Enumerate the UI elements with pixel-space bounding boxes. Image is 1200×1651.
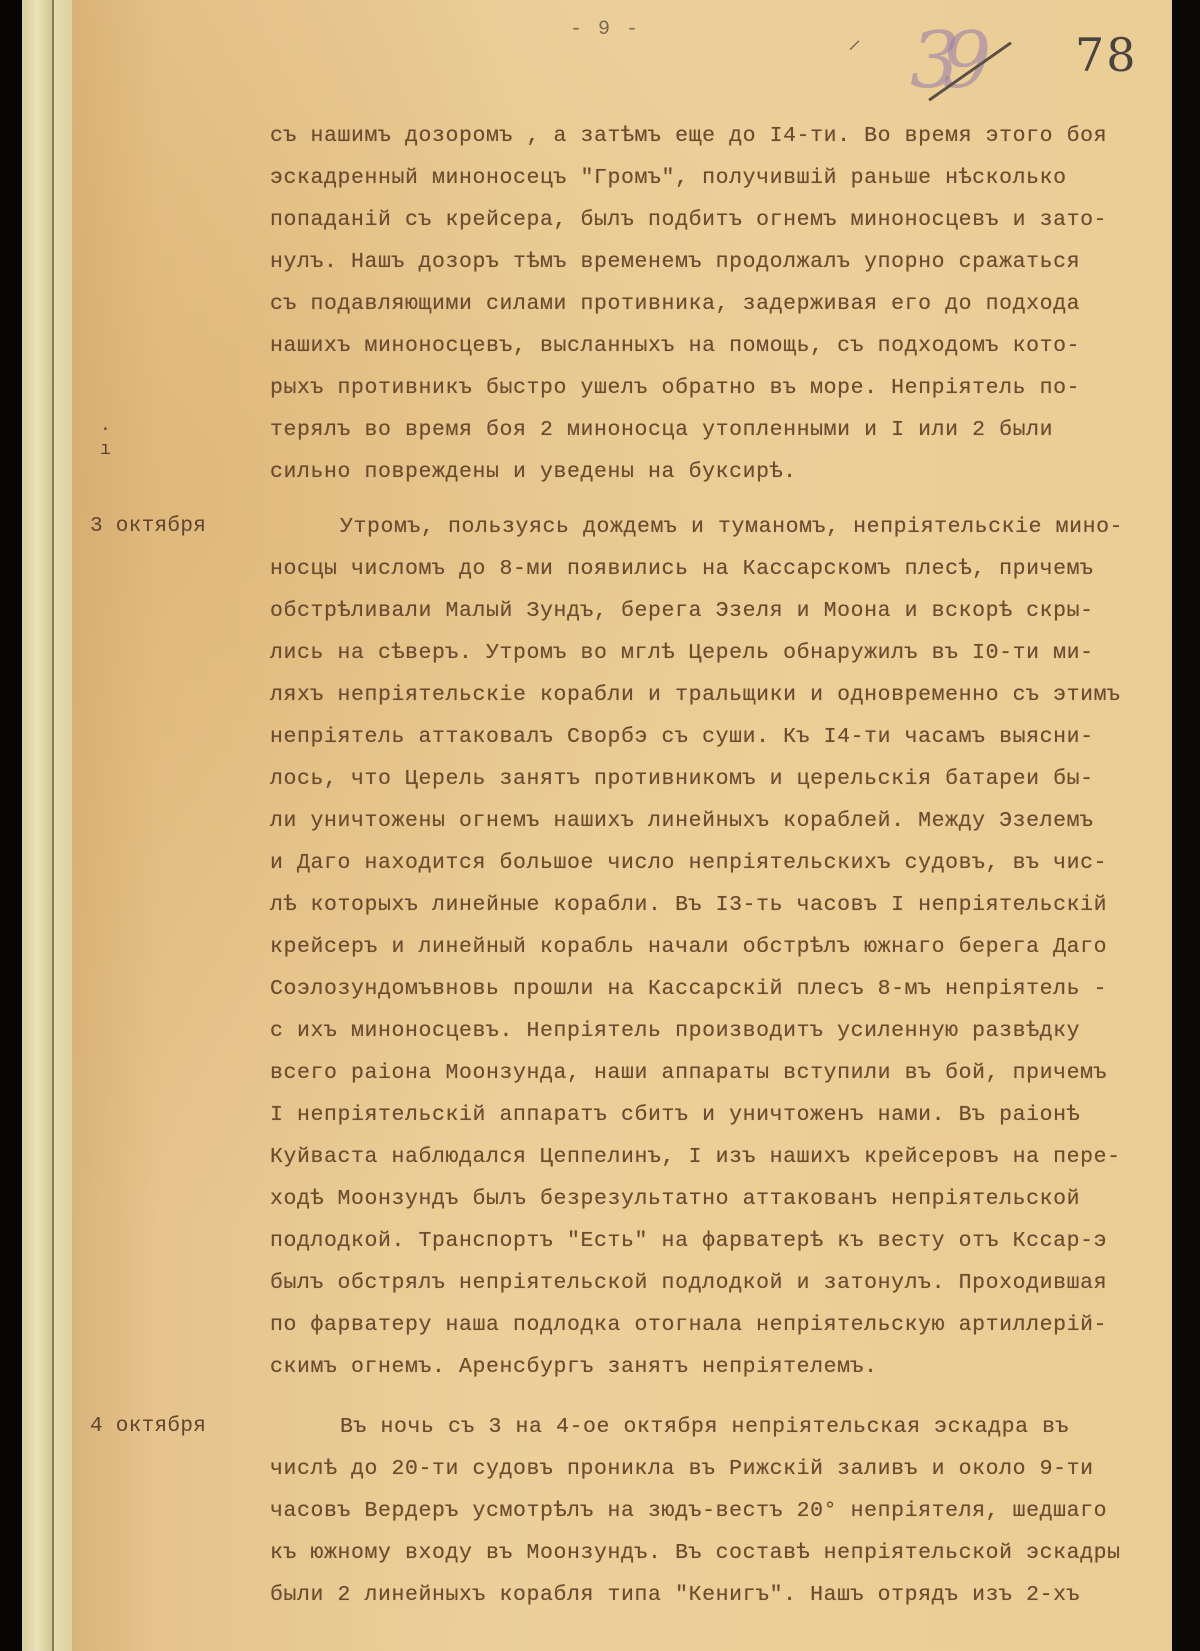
text-line: былъ обстрялъ непрiятельской подлодкой и…	[270, 1271, 1107, 1295]
text-line: по фарватеру наша подлодка отогнала непр…	[270, 1313, 1107, 1337]
text-line: нашихъ миноносцевъ, высланныхъ на помощь…	[270, 334, 1080, 358]
pencil-mark: ⸝	[848, 20, 861, 56]
text-line: подлодкой. Транспортъ "Есть" на фарватер…	[270, 1229, 1107, 1253]
text-line: часовъ Вердеръ усмотрѣлъ на зюдъ-вестъ 2…	[270, 1499, 1107, 1523]
text-line: и Даго находится большое число непрiятел…	[270, 851, 1107, 875]
text-line: съ нашимъ дозоромъ , а затѣмъ еще до I4-…	[270, 124, 1107, 148]
text-line: обстрѣливали Малый Зундъ, берега Эзеля и…	[270, 599, 1094, 623]
text-line: эскадренный миноносецъ "Громъ", получивш…	[270, 166, 1067, 190]
text-line: носцы числомъ до 8-ми появились на Касса…	[270, 557, 1094, 581]
text-line: ходѣ Моонзундъ былъ безрезультатно аттак…	[270, 1187, 1080, 1211]
archive-stamp: 39	[910, 22, 973, 100]
text-line: съ подавляющими силами противника, задер…	[270, 292, 1080, 316]
text-line: ляхъ непрiятельскiе корабли и тральщики …	[270, 683, 1121, 707]
binding-strip-inner	[54, 0, 73, 1651]
text-line: Куйваста наблюдался Цеппелинъ, I изъ наш…	[270, 1145, 1121, 1169]
text-line: были 2 линейныхъ корабля типа "Кенигъ". …	[270, 1583, 1080, 1607]
text-line: Въ ночь съ 3 на 4-ое октября непрiятельс…	[340, 1415, 1069, 1439]
text-line: лись на сѣверъ. Утромъ во мглѣ Церель об…	[270, 641, 1094, 665]
text-line: Утромъ, пользуясь дождемъ и туманомъ, не…	[340, 515, 1123, 539]
text-line: лось, что Церель занятъ противникомъ и ц…	[270, 767, 1094, 791]
text-line: ли уничтожены огнемъ нашихъ линейныхъ ко…	[270, 809, 1094, 833]
margin-date: 3 октября	[90, 515, 206, 538]
scan-border-right	[1172, 0, 1200, 1651]
page-number: - 9 -	[570, 18, 640, 41]
text-line: с ихъ миноносцевъ. Непрiятель производит…	[270, 1019, 1080, 1043]
scan-border-left	[0, 0, 22, 1651]
text-line: непрiятель аттаковалъ Сворбэ съ суши. Къ…	[270, 725, 1094, 749]
binding-strip-outer	[22, 0, 54, 1651]
text-line: крейсеръ и линейный корабль начали обстр…	[270, 935, 1107, 959]
text-line: къ южному входу въ Моонзундъ. Въ составѣ…	[270, 1541, 1121, 1565]
text-line: всего раiона Моонзунда, наши аппараты вс…	[270, 1061, 1107, 1085]
text-line: сильно повреждены и уведены на буксирѣ.	[270, 460, 797, 484]
text-line: числѣ до 20-ти судовъ проникла въ Рижскi…	[270, 1457, 1094, 1481]
text-line: терялъ во время боя 2 миноносца утопленн…	[270, 418, 1053, 442]
text-line: нулъ. Нашъ дозоръ тѣмъ временемъ продолж…	[270, 250, 1080, 274]
text-line: рыхъ противникъ быстро ушелъ обратно въ …	[270, 376, 1080, 400]
text-line: I непрiятельскiй аппаратъ сбитъ и уничто…	[270, 1103, 1080, 1127]
text-line: лѣ которыхъ линейные корабли. Въ I3-ть ч…	[270, 893, 1107, 917]
text-line: скимъ огнемъ. Аренсбургъ занятъ непрiяте…	[270, 1355, 878, 1379]
folio-number: 78	[1075, 28, 1138, 82]
margin-date: 4 октября	[90, 1415, 206, 1438]
margin-specks: ·ı	[100, 420, 111, 460]
text-line: Соэлозундомъвновь прошли на Кассарскiй п…	[270, 977, 1107, 1001]
text-line: попаданiй съ крейсера, былъ подбитъ огне…	[270, 208, 1107, 232]
